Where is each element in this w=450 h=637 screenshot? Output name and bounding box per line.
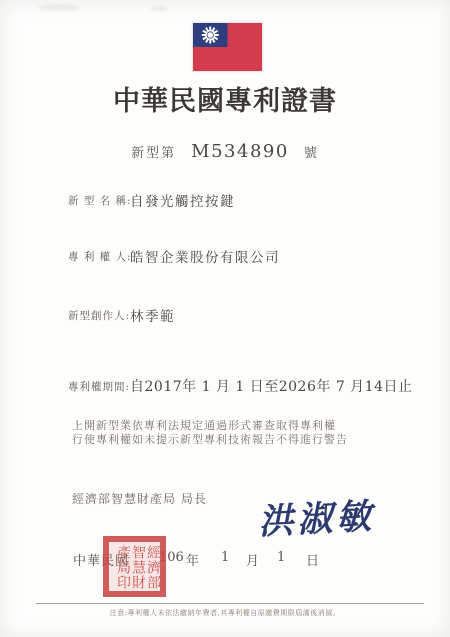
field-value-patentee: 皓智企業股份有限公司 <box>130 246 280 266</box>
patent-number-suffix: 號 <box>304 142 319 161</box>
patent-number-prefix: 新型第 <box>131 142 176 161</box>
legal-notice-line2: 行使專利權如未提示新型專利技術報告不得進行警告 <box>72 433 348 447</box>
legal-notice: 上開新型業依專利法規定通過形式審查取得專利權 行使專利權如未提示新型專利技術報告… <box>72 419 348 447</box>
date-month-unit: 月 <box>246 550 259 569</box>
field-row-period: 專利權期間: 自2017年 1 月 1 日至2026年 7 月14日止 <box>0 376 450 396</box>
footer-divider <box>36 603 424 604</box>
roc-flag <box>193 23 262 71</box>
field-row-creator: 新型創作人: 林季範 <box>0 305 450 325</box>
field-row-name: 新 型 名 稱: 自發光觸控按鍵 <box>0 190 450 210</box>
field-row-patentee: 專 利 權 人: 皓智企業股份有限公司 <box>0 246 450 266</box>
certificate-title: 中華民國專利證書 <box>0 79 450 118</box>
patent-number-line: 新型第 M534890 號 <box>0 141 450 162</box>
patent-certificate-page: 中華民國專利證書 新型第 M534890 號 新 型 名 稱: 自發光觸控按鍵 … <box>0 0 450 637</box>
date-year-unit: 年 <box>186 550 199 569</box>
roc-flag-graphic <box>193 23 262 71</box>
field-label-patentee: 專 利 權 人: <box>68 249 132 264</box>
field-value-period: 自2017年 1 月 1 日至2026年 7 月14日止 <box>130 376 413 396</box>
director-signature: 洪淑敏 <box>257 487 409 545</box>
legal-notice-line1: 上開新型業依專利法規定通過形式審查取得專利權 <box>72 419 348 433</box>
patent-number: M534890 <box>191 141 289 162</box>
field-label-name: 新 型 名 稱: <box>68 193 132 208</box>
field-label-creator: 新型創作人: <box>68 308 130 323</box>
official-red-seal: 經濟部智慧財產局印 <box>103 536 166 597</box>
footnote-text: 注意:專利權人未依法繳納年費者,其專利權自原繳費期限屆滿後消滅。 <box>0 608 450 618</box>
scan-artifact <box>150 6 168 11</box>
date-day-unit: 日 <box>306 550 319 569</box>
field-value-creator: 林季範 <box>130 305 175 325</box>
date-month: 1 <box>221 550 229 565</box>
issuer-title: 經濟部智慧財產局 局長 <box>72 490 207 507</box>
field-value-name: 自發光觸控按鍵 <box>130 190 235 210</box>
scan-artifact <box>38 4 80 11</box>
field-label-period: 專利權期間: <box>68 379 130 394</box>
date-day: 1 <box>277 550 285 565</box>
